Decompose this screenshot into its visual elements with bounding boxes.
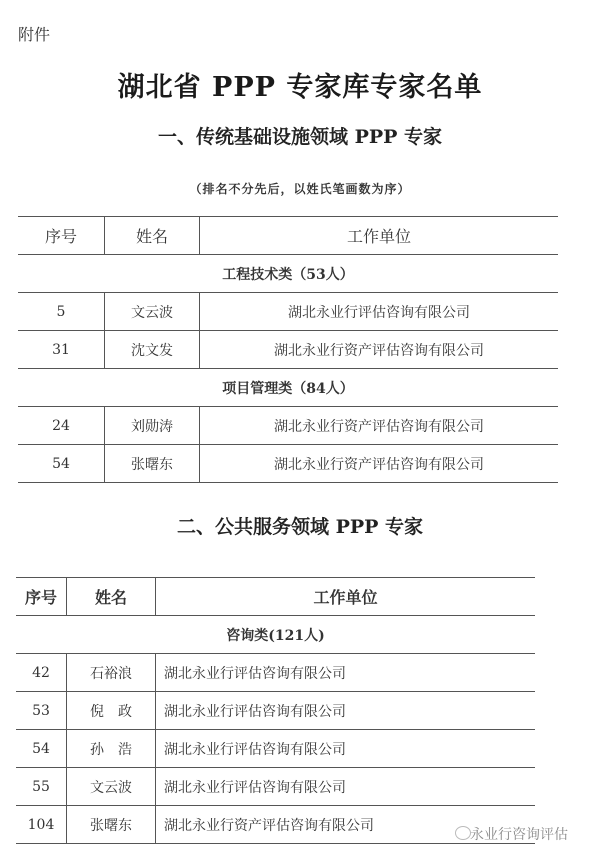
cell-unit: 湖北永业行评估咨询有限公司 (200, 293, 559, 331)
col-header-no: 序号 (18, 217, 105, 255)
col-header-name: 姓名 (105, 217, 200, 255)
table-row: 55 文云波 湖北永业行评估咨询有限公司 (16, 768, 535, 806)
table-row: 54 孙 浩 湖北永业行评估咨询有限公司 (16, 730, 535, 768)
category-label: 工程技术类（53人） (18, 255, 558, 293)
section1-heading: 一、传统基础设施领域 PPP 专家 (0, 122, 600, 149)
cell-unit: 湖北永业行评估咨询有限公司 (156, 692, 536, 730)
cell-no: 53 (16, 692, 67, 730)
cell-name: 沈文发 (105, 331, 200, 369)
cell-no: 104 (16, 806, 67, 844)
table-header-row: 序号 姓名 工作单位 (16, 578, 535, 616)
table-header-row: 序号 姓名 工作单位 (18, 217, 558, 255)
page-title: 湖北省 PPP 专家库专家名单 (0, 65, 600, 104)
cell-name: 刘勋涛 (105, 407, 200, 445)
col-header-unit: 工作单位 (156, 578, 536, 616)
cell-no: 42 (16, 654, 67, 692)
table-row: 24 刘勋涛 湖北永业行资产评估咨询有限公司 (18, 407, 558, 445)
cell-unit: 湖北永业行资产评估咨询有限公司 (200, 407, 559, 445)
section2-heading: 二、公共服务领域 PPP 专家 (0, 512, 600, 539)
wechat-icon (455, 826, 471, 840)
cell-no: 31 (18, 331, 105, 369)
category-row: 咨询类(121人) (16, 616, 535, 654)
cell-unit: 湖北永业行评估咨询有限公司 (156, 768, 536, 806)
cell-unit: 湖北永业行资产评估咨询有限公司 (200, 331, 559, 369)
ordering-note: （排名不分先后，以姓氏笔画数为序） (0, 180, 600, 197)
cell-name: 倪 政 (67, 692, 156, 730)
cell-no: 55 (16, 768, 67, 806)
attachment-label: 附件 (18, 22, 50, 45)
cell-unit: 湖北永业行评估咨询有限公司 (156, 654, 536, 692)
cell-unit: 湖北永业行评估咨询有限公司 (156, 730, 536, 768)
col-header-no: 序号 (16, 578, 67, 616)
cell-name: 张曙东 (105, 445, 200, 483)
watermark: 永业行咨询评估 (470, 824, 568, 844)
cell-name: 石裕浪 (67, 654, 156, 692)
cell-unit: 湖北永业行资产评估咨询有限公司 (200, 445, 559, 483)
col-header-name: 姓名 (67, 578, 156, 616)
category-row: 工程技术类（53人） (18, 255, 558, 293)
category-label: 项目管理类（84人） (18, 369, 558, 407)
table-row: 53 倪 政 湖北永业行评估咨询有限公司 (16, 692, 535, 730)
cell-name: 张曙东 (67, 806, 156, 844)
cell-name: 文云波 (105, 293, 200, 331)
table-row: 5 文云波 湖北永业行评估咨询有限公司 (18, 293, 558, 331)
category-row: 项目管理类（84人） (18, 369, 558, 407)
cell-no: 54 (18, 445, 105, 483)
cell-name: 文云波 (67, 768, 156, 806)
cell-no: 24 (18, 407, 105, 445)
cell-name: 孙 浩 (67, 730, 156, 768)
section2-table: 序号 姓名 工作单位 咨询类(121人) 42 石裕浪 湖北永业行评估咨询有限公… (16, 577, 535, 844)
cell-no: 54 (16, 730, 67, 768)
table-row: 42 石裕浪 湖北永业行评估咨询有限公司 (16, 654, 535, 692)
cell-no: 5 (18, 293, 105, 331)
category-label: 咨询类(121人) (16, 616, 535, 654)
section1-table: 序号 姓名 工作单位 工程技术类（53人） 5 文云波 湖北永业行评估咨询有限公… (18, 216, 558, 483)
table-row: 54 张曙东 湖北永业行资产评估咨询有限公司 (18, 445, 558, 483)
col-header-unit: 工作单位 (200, 217, 559, 255)
table-row: 31 沈文发 湖北永业行资产评估咨询有限公司 (18, 331, 558, 369)
